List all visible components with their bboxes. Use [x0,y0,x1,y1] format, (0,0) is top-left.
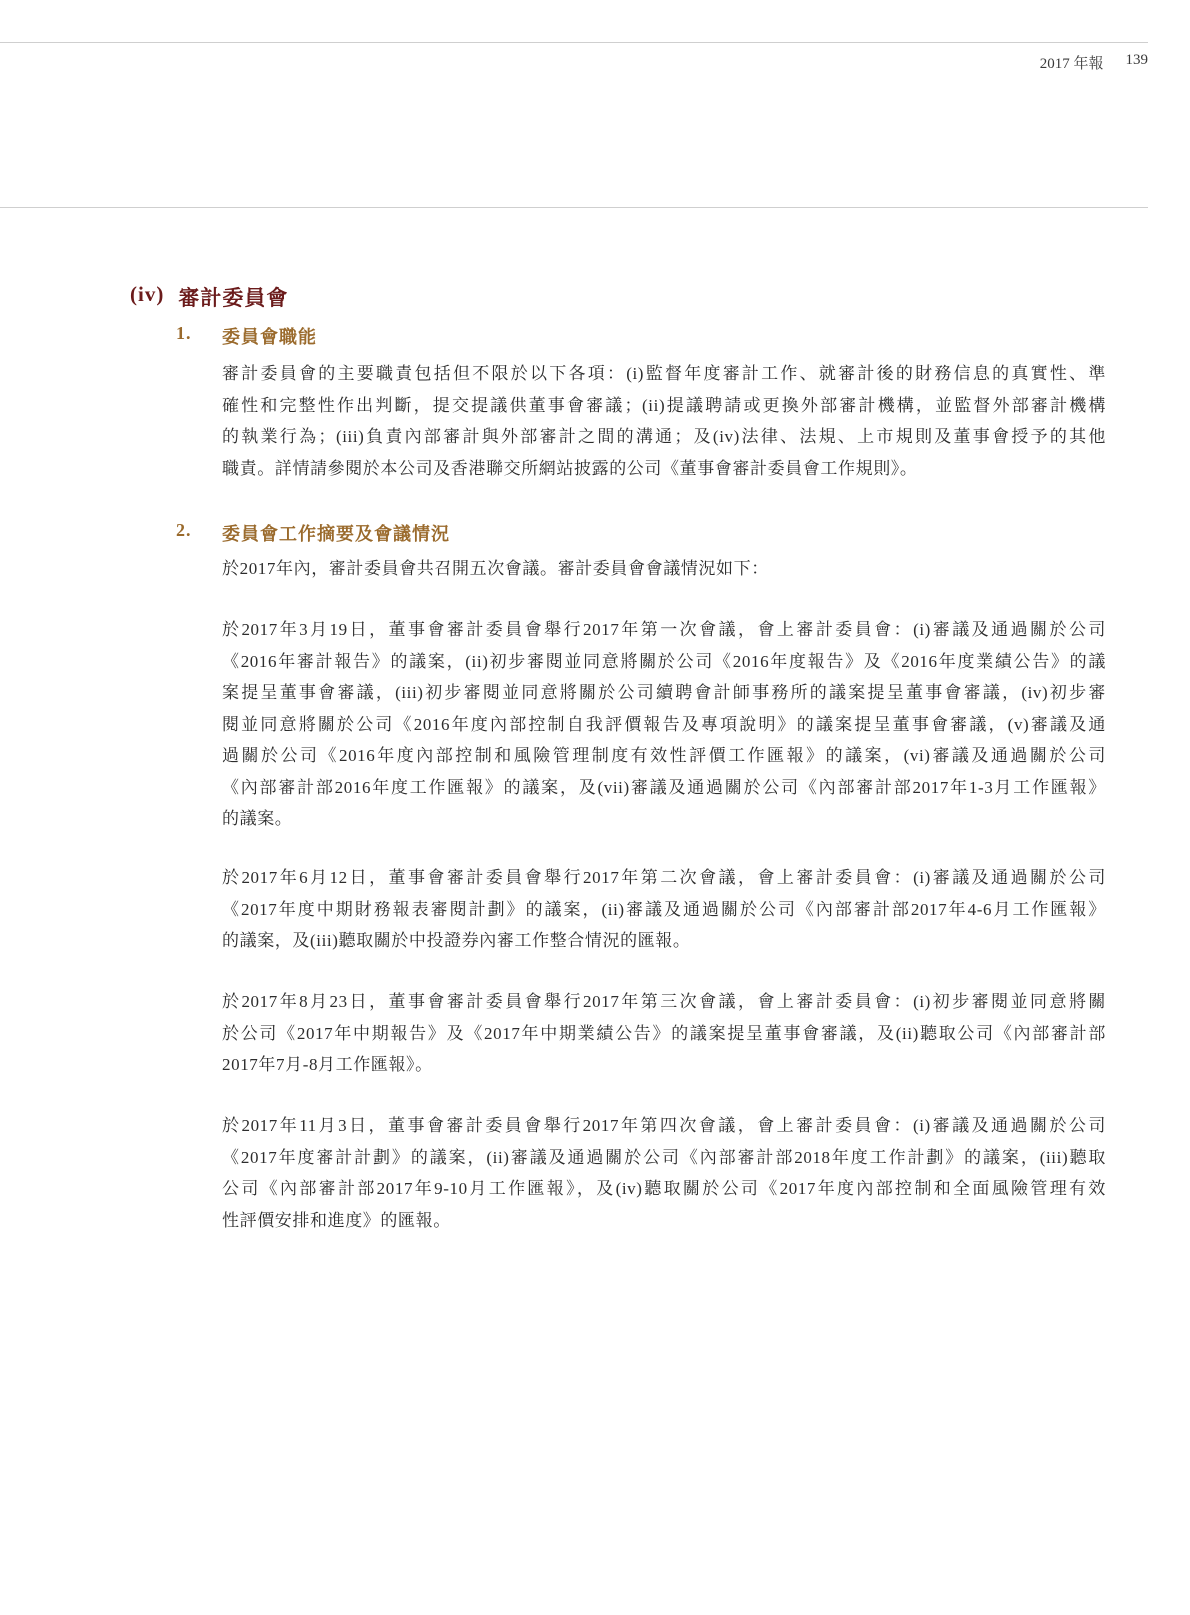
running-header: 2017 年報 139 [1040,52,1148,73]
text-line: 性評價安排和進度》的匯報。 [222,1205,1106,1237]
text-line: 的議案，及(iii)聽取關於中投證券內審工作整合情況的匯報。 [222,925,1106,957]
paragraph-meeting-4: 於2017年11月3日，董事會審計委員會舉行2017年第四次會議，會上審計委員會… [222,1110,1106,1236]
text-line: 於2017年6月12日，董事會審計委員會舉行2017年第二次會議，會上審計委員會… [222,862,1106,894]
subsection-number: 1. [176,323,222,349]
subsection-heading-2: 2. 委員會工作摘要及會議情況 [176,520,450,546]
text-line: 於2017年3月19日，董事會審計委員會舉行2017年第一次會議，會上審計委員會… [222,614,1106,646]
text-line: 於公司《2017年中期報告》及《2017年中期業績公告》的議案提呈董事會審議，及… [222,1018,1106,1050]
subsection-number: 2. [176,520,222,546]
text-line: 的議案。 [222,803,1106,835]
text-line: 審計委員會的主要職責包括但不限於以下各項：(i)監督年度審計工作、就審計後的財務… [222,358,1106,390]
text-line: 確性和完整性作出判斷，提交提議供董事會審議；(ii)提議聘請或更換外部審計機構，… [222,390,1106,422]
header-rule [0,42,1148,43]
paragraph-meeting-2: 於2017年6月12日，董事會審計委員會舉行2017年第二次會議，會上審計委員會… [222,862,1106,957]
section-divider-rule [0,207,1148,208]
page-number: 139 [1126,52,1149,73]
text-line: 公司《內部審計部2017年9-10月工作匯報》，及(iv)聽取關於公司《2017… [222,1173,1106,1205]
section-marker: (iv) [130,282,164,312]
text-line: 過關於公司《2016年度內部控制和風險管理制度有效性評價工作匯報》的議案，(vi… [222,740,1106,772]
subsection-title: 委員會職能 [222,323,317,349]
subsection-title: 委員會工作摘要及會議情況 [222,520,450,546]
text-line: 職責。詳情請參閱於本公司及香港聯交所網站披露的公司《董事會審計委員會工作規則》。 [222,453,1106,485]
text-line: 《2017年度審計計劃》的議案，(ii)審議及通過關於公司《內部審計部2018年… [222,1142,1106,1174]
paragraph-meeting-3: 於2017年8月23日，董事會審計委員會舉行2017年第三次會議，會上審計委員會… [222,986,1106,1081]
text-line: 《2016年審計報告》的議案，(ii)初步審閱並同意將關於公司《2016年度報告… [222,646,1106,678]
report-label: 2017 年報 [1040,52,1104,73]
section-title: (iv) 審計委員會 [130,282,288,312]
text-line: 案提呈董事會審議，(iii)初步審閱並同意將關於公司續聘會計師事務所的議案提呈董… [222,677,1106,709]
text-line: 的執業行為；(iii)負責內部審計與外部審計之間的溝通；及(iv)法律、法規、上… [222,421,1106,453]
section-heading: 審計委員會 [178,282,288,312]
text-line: 於2017年8月23日，董事會審計委員會舉行2017年第三次會議，會上審計委員會… [222,986,1106,1018]
paragraph-meeting-1: 於2017年3月19日，董事會審計委員會舉行2017年第一次會議，會上審計委員會… [222,614,1106,835]
text-line: 2017年7月-8月工作匯報》。 [222,1049,1106,1081]
text-line: 於2017年內，審計委員會共召開五次會議。審計委員會會議情況如下： [222,553,1106,585]
subsection-heading-1: 1. 委員會職能 [176,323,317,349]
paragraph-committee-functions: 審計委員會的主要職責包括但不限於以下各項：(i)監督年度審計工作、就審計後的財務… [222,358,1106,484]
text-line: 《2017年度中期財務報表審閱計劃》的議案，(ii)審議及通過關於公司《內部審計… [222,894,1106,926]
text-line: 《內部審計部2016年度工作匯報》的議案，及(vii)審議及通過關於公司《內部審… [222,772,1106,804]
paragraph-meetings-intro: 於2017年內，審計委員會共召開五次會議。審計委員會會議情況如下： [222,553,1106,585]
text-line: 閱並同意將關於公司《2016年度內部控制自我評價報告及專項說明》的議案提呈董事會… [222,709,1106,741]
text-line: 於2017年11月3日，董事會審計委員會舉行2017年第四次會議，會上審計委員會… [222,1110,1106,1142]
